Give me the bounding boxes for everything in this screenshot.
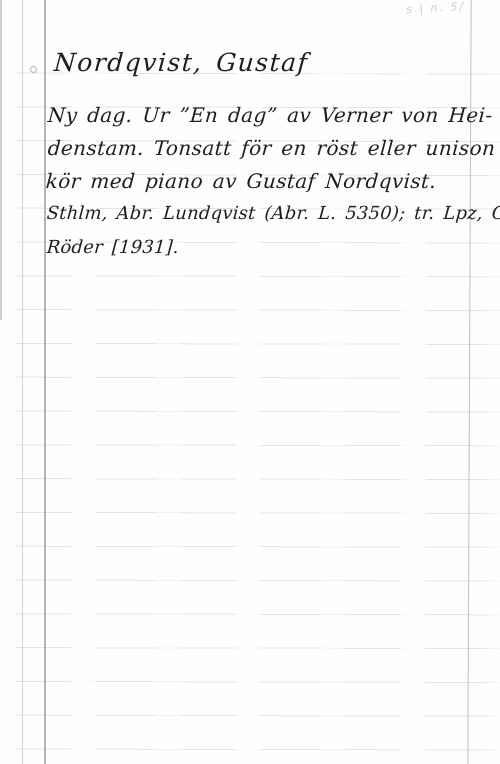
- handwritten-line: kör med piano av Gustaf Nordqvist.: [45, 169, 437, 193]
- handwritten-line: Röder [1931].: [46, 237, 180, 258]
- handwritten-line: Sthlm, Abr. Lundqvist (Abr. L. 5350); tr…: [46, 203, 500, 224]
- margin-line-left-outer: [22, 0, 23, 764]
- handwritten-line: Ny dag. Ur ”En dag” av Verner von Hei-: [47, 103, 493, 127]
- hole-mark: [30, 66, 37, 73]
- scan-edge-streak: [0, 0, 2, 320]
- catalog-card: s | n. 5/ Nordqvist, Gustaf Ny dag. Ur ”…: [0, 0, 500, 764]
- margin-line-left-inner: [44, 0, 46, 764]
- entry-heading: Nordqvist, Gustaf: [53, 48, 309, 77]
- handwritten-line: denstam. Tonsatt för en röst eller uniso…: [47, 136, 496, 160]
